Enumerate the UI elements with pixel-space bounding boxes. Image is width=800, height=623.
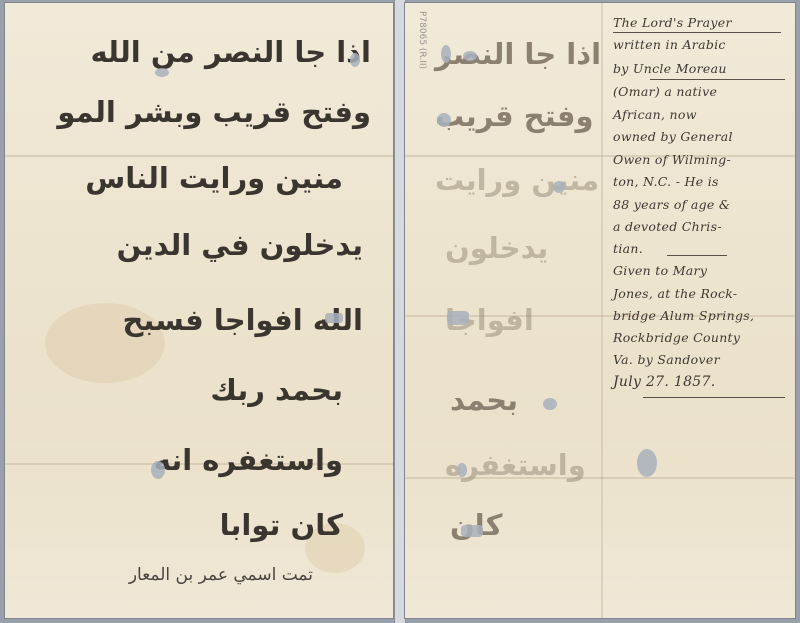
inscription-line-15: Rockbridge County bbox=[613, 330, 740, 345]
arabic-line-3: منين ورايت الناس bbox=[85, 161, 343, 195]
ink-blot bbox=[543, 398, 557, 410]
inscription-line-8: ton, N.C. - He is bbox=[613, 174, 719, 189]
inscription-line-13: Jones, at the Rock- bbox=[613, 286, 737, 301]
bleed-line-7: واستغفره bbox=[445, 448, 586, 482]
ink-blot bbox=[441, 45, 451, 63]
arabic-colophon: تمت اسمي عمر بن المعار bbox=[129, 565, 313, 585]
inscription-line-3: by Uncle Moreau bbox=[613, 61, 727, 76]
fold-line-vertical bbox=[601, 3, 603, 618]
ink-blot bbox=[457, 463, 467, 477]
underline bbox=[650, 79, 785, 80]
arabic-line-6: بحمد ربك bbox=[210, 373, 343, 407]
inscription-line-9: 88 years of age & bbox=[613, 197, 730, 212]
fold-line bbox=[405, 155, 795, 157]
bleed-line-2: وفتح قريب bbox=[435, 99, 593, 133]
fold-line bbox=[5, 155, 393, 157]
underline bbox=[643, 397, 785, 398]
inscription-date: July 27. 1857. bbox=[613, 374, 715, 390]
bleed-line-4: يدخلون bbox=[445, 231, 548, 265]
inscription-line-16: Va. by Sandover bbox=[613, 352, 720, 367]
ink-blot bbox=[437, 113, 451, 127]
bleed-line-3: منين ورايت bbox=[435, 163, 599, 197]
accession-number: P78065 (R.II) bbox=[417, 11, 427, 69]
underline bbox=[667, 255, 727, 256]
arabic-line-8: كان توابا bbox=[220, 508, 343, 542]
inscription-line-10: a devoted Chris- bbox=[613, 219, 722, 234]
ink-blot bbox=[350, 53, 360, 67]
arabic-line-1: اذا جا النصر من الله bbox=[90, 35, 371, 69]
ink-blot bbox=[463, 51, 477, 61]
manuscript-left-page: اذا جا النصر من الله وفتح قريب وبشر المو… bbox=[4, 2, 394, 619]
inscription-line-2: written in Arabic bbox=[613, 37, 726, 52]
inscription-line-4: (Omar) a native bbox=[613, 84, 717, 99]
inscription-line-6: owned by General bbox=[613, 129, 733, 144]
inscription-line-12: Given to Mary bbox=[613, 263, 707, 278]
ink-blot bbox=[637, 449, 657, 477]
arabic-line-2: وفتح قريب وبشر المو bbox=[57, 95, 371, 129]
ink-blot bbox=[325, 313, 343, 323]
arabic-line-7: واستغفره انه bbox=[154, 443, 343, 477]
inscription-line-11: tian. bbox=[613, 241, 643, 256]
inscription-line-7: Owen of Wilming- bbox=[613, 152, 731, 167]
manuscript-right-page: P78065 (R.II) اذا جا النصر وفتح قريب مني… bbox=[404, 2, 796, 619]
inscription-line-1: The Lord's Prayer bbox=[613, 15, 732, 30]
arabic-line-4: يدخلون في الدين bbox=[117, 228, 363, 262]
bleed-line-6: بحمد bbox=[450, 383, 518, 417]
inscription-line-5: African, now bbox=[613, 107, 697, 122]
ink-blot bbox=[155, 68, 169, 77]
underline bbox=[613, 32, 781, 33]
ink-blot bbox=[553, 181, 565, 193]
bleed-line-1: اذا جا النصر bbox=[435, 37, 601, 71]
ink-blot bbox=[151, 461, 165, 479]
inscription-line-14: bridge Alum Springs, bbox=[613, 308, 754, 323]
ink-blot bbox=[447, 311, 469, 325]
ink-blot bbox=[461, 525, 483, 537]
